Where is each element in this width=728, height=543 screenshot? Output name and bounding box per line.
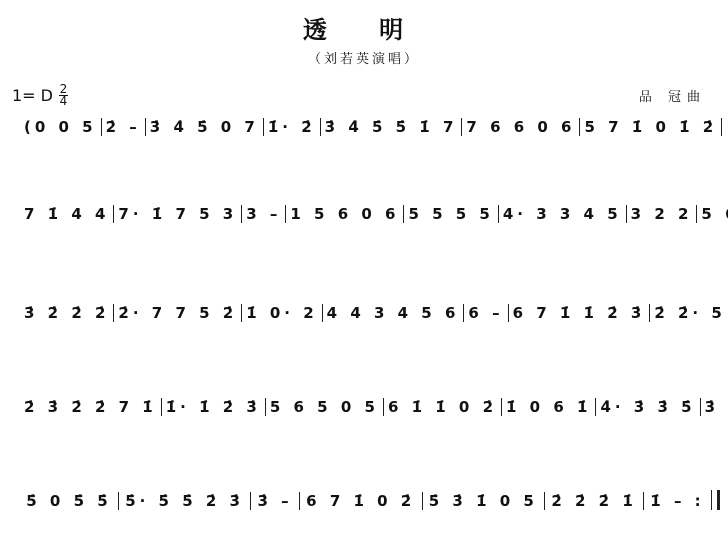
measure: 2̇ –	[102, 118, 145, 136]
measure: 1 5 6 0 6	[286, 205, 403, 223]
measure: 6 7 1̇ 1̇ 2̇ 3̇	[509, 304, 650, 322]
measure: 1̇· 1̇ 2̇ 3̇	[162, 398, 265, 416]
measure: 5̇ 0 5̇ 5̇	[20, 492, 118, 510]
measure: 5̇· 5̇ 5̇ 2̇ 3̇	[119, 492, 250, 510]
final-barline	[711, 490, 720, 510]
measure: (0 0 5	[20, 118, 101, 136]
measure: 4· 3 3 4 5	[499, 205, 626, 223]
measure: 1̇ – :	[644, 492, 711, 510]
song-title: 透 明	[0, 10, 728, 45]
time-signature: 2 4	[59, 84, 68, 107]
measure: 2̇ 3̇ 2̇ 2̇ 7 1̇	[20, 398, 161, 416]
measure: 7 1̇ 4 4	[20, 205, 113, 223]
measure: 3 2 2	[627, 205, 697, 223]
measure: 3̇ 4̇ 5̇ 5̇ 1̇ 7	[321, 118, 462, 136]
measure: 3̇ 2̇ 2̇ 2̇	[20, 304, 113, 322]
measure: 1̇ 0 6 1̇	[502, 398, 595, 416]
measure: 1̇ 0· 2	[242, 304, 321, 322]
measure: 3̇ 2̇ 2̇ 5̇	[701, 398, 728, 416]
measure: 1̇· 2̇	[264, 118, 320, 136]
measure: 6 1̇ 1̇ 0 2̇	[384, 398, 501, 416]
measure: 2̇ 2̇· 5	[650, 304, 728, 322]
measure: 2̇ 2̇ 2̇ 1̇	[545, 492, 643, 510]
measure: 5 5 5 5	[404, 205, 497, 223]
key-signature: 1= D 2 4	[12, 84, 68, 107]
measure: 3̇ 4̇ 5̇ 0 7	[146, 118, 263, 136]
performer-subtitle: （刘若英演唱）	[0, 48, 728, 67]
measure: 3 –	[242, 205, 285, 223]
score-line: (0 0 52̇ –3̇ 4̇ 5̇ 0 71̇· 2̇3̇ 4̇ 5̇ 5̇ …	[20, 118, 720, 136]
measure: 1̇ –)	[722, 118, 728, 136]
measure: 3̇ –	[251, 492, 299, 510]
measure: 6 7 1̇ 0 2̇	[300, 492, 422, 510]
measure: 4 4 3 4 5 6	[323, 304, 464, 322]
measure: 5 6 5 0 5	[266, 398, 383, 416]
score-line: 2̇ 3̇ 2̇ 2̇ 7 1̇1̇· 1̇ 2̇ 3̇5 6 5 0 56 1…	[20, 398, 720, 416]
measure: 2̇· 7 7 5 2̇	[114, 304, 241, 322]
measure: 4̇· 3̇ 3̇ 5̇	[596, 398, 699, 416]
score-line: 3̇ 2̇ 2̇ 2̇2̇· 7 7 5 2̇1̇ 0· 24 4 3 4 5 …	[20, 304, 720, 322]
measure: 6 –	[464, 304, 507, 322]
measure: 7 6 6 0 6	[462, 118, 579, 136]
composer-credit: 品 冠曲	[639, 86, 706, 105]
score-line: 7 1̇ 4 47· 1̇ 7 5 33 –1 5 6 0 65 5 5 54·…	[20, 205, 720, 223]
measure: 5̇ 3̇ 1̇ 0 5	[423, 492, 545, 510]
measure: 7· 1̇ 7 5 3	[114, 205, 241, 223]
score-line: 5̇ 0 5̇ 5̇5̇· 5̇ 5̇ 2̇ 3̇3̇ –6 7 1̇ 0 2̇…	[20, 490, 720, 510]
key-label: 1= D	[12, 86, 53, 105]
measure: 5 6 6 0 2̇	[697, 205, 728, 223]
measure: 5 7 1̇ 0 1̇ 2̇	[580, 118, 721, 136]
